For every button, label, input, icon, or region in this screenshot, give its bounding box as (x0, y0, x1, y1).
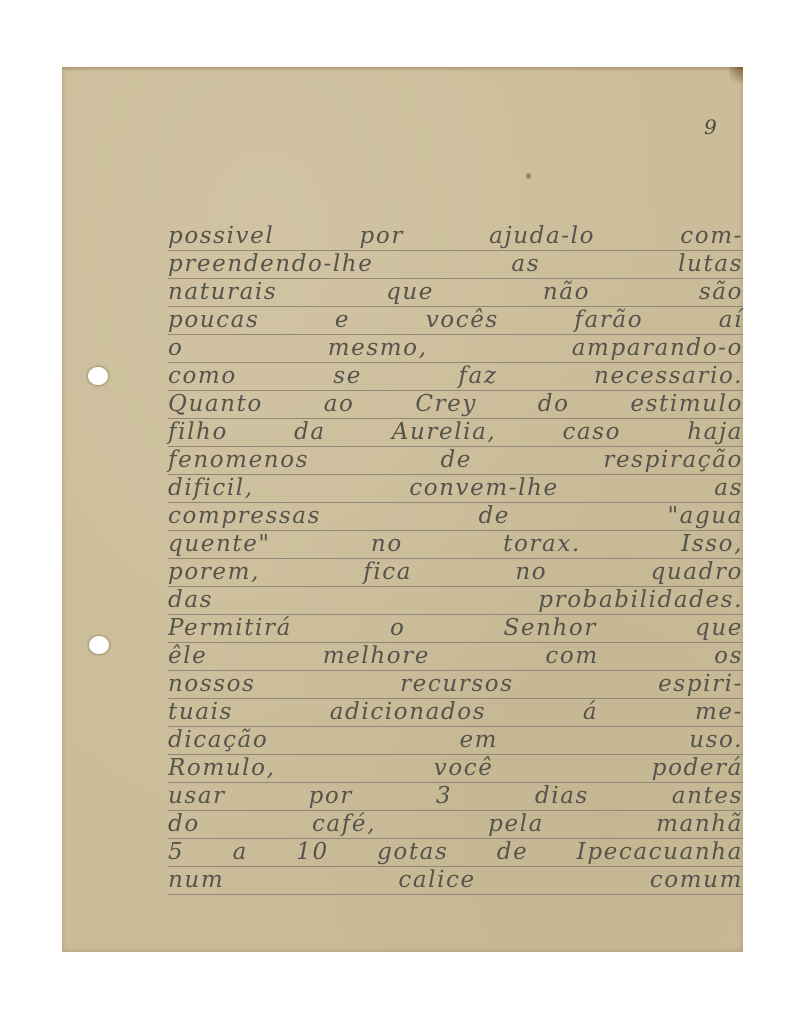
text-line: compressas de "agua (168, 503, 743, 531)
text-line: Quanto ao Crey do estimulo (168, 391, 743, 419)
text-line: tuais adicionados á me- (168, 699, 743, 727)
text-line: quente" no torax. Isso, (168, 531, 743, 559)
handwritten-line: preendendo-lhe as lutas (168, 251, 743, 277)
handwritten-text-block: possivel por ajuda-lo com- preendendo-lh… (168, 223, 743, 895)
handwritten-line: 5 a 10 gotas de Ipecacuanha (168, 839, 743, 865)
text-line: Permitirá o Senhor que (168, 615, 743, 643)
handwritten-line: dificil, convem-lhe as (168, 475, 743, 501)
text-line: como se faz necessario. (168, 363, 743, 391)
handwritten-line: fenomenos de respiração (168, 447, 743, 473)
handwritten-line: dicação em uso. (168, 727, 743, 753)
handwritten-line: como se faz necessario. (168, 363, 743, 389)
text-line: filho da Aurelia, caso haja (168, 419, 743, 447)
punch-hole-top (88, 367, 108, 385)
handwritten-line: compressas de "agua (168, 503, 743, 529)
text-line: naturais que não são (168, 279, 743, 307)
text-line: porem, fica no quadro (168, 559, 743, 587)
corner-stain (729, 67, 743, 85)
handwritten-line: Romulo, você poderá (168, 755, 743, 781)
text-line: nossos recursos espiri- (168, 671, 743, 699)
text-line: dicação em uso. (168, 727, 743, 755)
handwritten-line: quente" no torax. Isso, (168, 531, 743, 557)
text-line: poucas e vocês farão aí (168, 307, 743, 335)
text-line: 5 a 10 gotas de Ipecacuanha (168, 839, 743, 867)
handwritten-line: num calice comum (168, 867, 743, 893)
punch-hole-bottom (89, 636, 109, 654)
handwritten-line: das probabilidades. (168, 587, 743, 613)
text-line: das probabilidades. (168, 587, 743, 615)
handwritten-line: possivel por ajuda-lo com- (168, 223, 743, 249)
manuscript-page: 9 possivel por ajuda-lo com- preendendo-… (62, 67, 743, 952)
handwritten-line: nossos recursos espiri- (168, 671, 743, 697)
text-line: possivel por ajuda-lo com- (168, 223, 743, 251)
text-line: fenomenos de respiração (168, 447, 743, 475)
handwritten-line: Quanto ao Crey do estimulo (168, 391, 743, 417)
text-line: êle melhore com os (168, 643, 743, 671)
text-line: num calice comum (168, 867, 743, 895)
text-line: Romulo, você poderá (168, 755, 743, 783)
text-line: dificil, convem-lhe as (168, 475, 743, 503)
handwritten-line: filho da Aurelia, caso haja (168, 419, 743, 445)
paper-speck (526, 173, 531, 179)
handwritten-line: usar por 3 dias antes (168, 783, 743, 809)
handwritten-line: tuais adicionados á me- (168, 699, 743, 725)
handwritten-line: do café, pela manhã (168, 811, 743, 837)
text-line: preendendo-lhe as lutas (168, 251, 743, 279)
text-line: o mesmo, amparando-o (168, 335, 743, 363)
text-line: do café, pela manhã (168, 811, 743, 839)
page-number: 9 (704, 115, 717, 139)
handwritten-line: êle melhore com os (168, 643, 743, 669)
handwritten-line: naturais que não são (168, 279, 743, 305)
handwritten-line: o mesmo, amparando-o (168, 335, 743, 361)
text-line: usar por 3 dias antes (168, 783, 743, 811)
handwritten-line: Permitirá o Senhor que (168, 615, 743, 641)
handwritten-line: poucas e vocês farão aí (168, 307, 743, 333)
handwritten-line: porem, fica no quadro (168, 559, 743, 585)
